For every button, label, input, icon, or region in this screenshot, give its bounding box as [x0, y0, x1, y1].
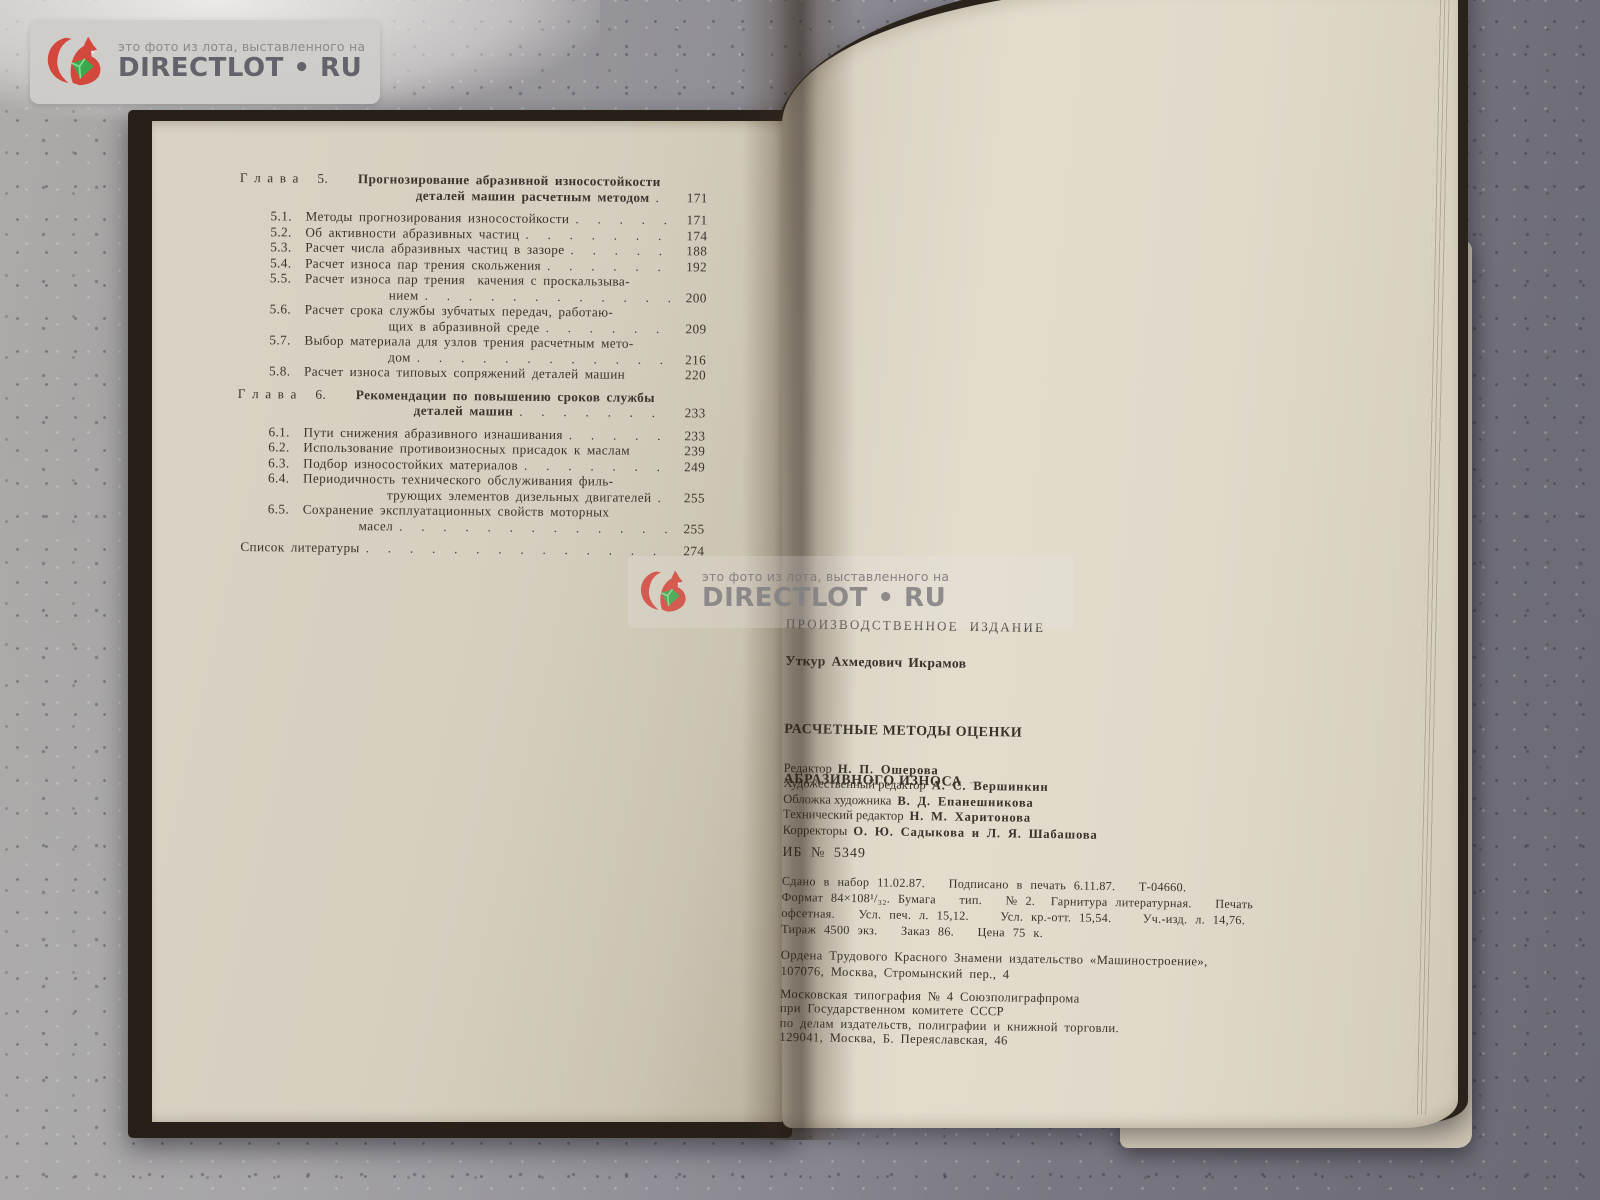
toc-entry-title: Расчет срока службы зубчатых передач, ра…	[305, 302, 614, 320]
dot-leader: . . . . . . . . . . . . . . . . . . . . …	[513, 404, 674, 421]
toc-entry-number: 5.1.	[270, 208, 305, 224]
dot-leader: . . . . . . . . . . . . . . . . . . . . …	[651, 489, 672, 505]
toc-page-number: 233	[674, 405, 706, 421]
toc-entry-number: 5.4.	[270, 255, 305, 271]
toc-row: деталей машин расчетным методом . . . . …	[240, 185, 708, 205]
toc-row: масел . . . . . . . . . . . . . . . . . …	[237, 516, 705, 536]
watermark-brand: DIRECTLOT • RU	[702, 584, 949, 614]
toc-page-number: 220	[674, 367, 706, 383]
toc-entry-title: деталей машин	[414, 403, 514, 419]
toc-entry-number: 6.3.	[268, 455, 303, 471]
toc-entry-number: 5.3.	[270, 239, 305, 255]
squirrel-logo-icon	[636, 564, 692, 620]
dot-leader: . . . . . . . . . . . . . . . . . . . . …	[540, 319, 675, 336]
toc-page-number: 255	[673, 521, 705, 537]
toc-entry-title: масел	[359, 518, 394, 534]
toc-page-number: 188	[675, 243, 707, 259]
toc-entry-number: 5.6.	[270, 301, 305, 317]
credit-person: А. С. Вершинкин	[932, 779, 1049, 795]
watermark-brand: DIRECTLOT • RU	[118, 54, 365, 84]
toc-entry-title: Периодичность технического обслуживания …	[303, 471, 614, 489]
toc-page-number: 209	[674, 321, 706, 337]
toc-entry-title: Выбор материала для узлов трения расчетн…	[304, 333, 634, 352]
watermark-note: это фото из лота, выставленного на	[118, 40, 365, 54]
credit-person: В. Д. Епанешникова	[897, 794, 1033, 810]
toc-entry-title: деталей машин расчетным методом	[416, 187, 650, 205]
toc-page-number: 255	[673, 490, 705, 506]
dot-leader: . . . . . . . . . . . . . . . . . . . . …	[541, 257, 675, 274]
toc-entry-title: нием	[389, 287, 419, 303]
toc-entry-title: Рекомендации по повышению сроков службы	[356, 387, 655, 405]
toc-page-number: 192	[675, 259, 707, 275]
toc-entry-title: дом	[388, 349, 411, 365]
toc-entry-number: Г л а в а 6.	[238, 385, 356, 402]
toc-entry-number: 5.7.	[269, 332, 304, 348]
squirrel-logo-icon	[42, 29, 108, 95]
toc-page-number: 174	[675, 228, 707, 244]
dot-leader: . . . . . . . . . . . . . . . . . . . . …	[563, 427, 674, 444]
toc-page-number: 216	[674, 352, 706, 368]
toc-entry-title: Сохранение эксплуатационных свойств мото…	[303, 502, 610, 520]
dot-leader: . . . . . . . . . . . . . . . . . . . . …	[519, 226, 675, 243]
toc-page-number: 249	[673, 459, 705, 475]
toc-entry-title: Расчет износа пар трения качения с проск…	[305, 271, 630, 290]
toc-entry-number: 5.8.	[269, 363, 304, 379]
toc-entry-title: Расчет износа типовых сопряжений деталей…	[304, 364, 625, 383]
toc-entry-number: 6.5.	[268, 501, 303, 517]
toc-entry-title: Список литературы	[240, 539, 360, 556]
toc-row: деталей машин . . . . . . . . . . . . . …	[238, 401, 706, 421]
table-of-contents: Г л а в а 5.Прогнозирование абразивной и…	[236, 170, 708, 559]
toc-page-number: 171	[675, 212, 707, 228]
toc-entry-title: Прогнозирование абразивной износостойкос…	[358, 171, 661, 189]
dot-leader: . . . . . . . . . . . . . . . . . . . . …	[569, 211, 675, 228]
page-stack-edge	[1414, 0, 1452, 1115]
toc-entry-number: 5.2.	[270, 224, 305, 240]
dot-leader: . . . . . . . . . . . . . . . . . . . . …	[650, 189, 676, 205]
toc-entry-number: Г л а в а 5.	[240, 170, 358, 187]
dot-leader: . . . . . . . . . . . . . . . . . . . . …	[564, 242, 675, 259]
dot-leader: . . . . . . . . . . . . . . . . . . . . …	[393, 518, 673, 536]
toc-page-number: 233	[673, 428, 705, 444]
credit-person: Н. М. Харитонова	[909, 809, 1031, 825]
toc-entry-title: щих в абразивной среде	[388, 318, 539, 335]
toc-page-number: 200	[675, 290, 707, 306]
toc-entry-number: 6.4.	[268, 470, 303, 486]
toc-entry-number: 5.5.	[270, 270, 305, 286]
dot-leader: . . . . . . . . . . . . . . . . . . . . …	[518, 457, 673, 474]
dot-leader: . . . . . . . . . . . . . . . . . . . . …	[360, 540, 673, 559]
toc-page-number: 239	[673, 443, 705, 459]
credit-person: О. Ю. Садыкова и Л. Я. Шабашова	[853, 824, 1097, 842]
toc-page-number: 171	[676, 190, 708, 206]
toc-entry-number: 6.2.	[268, 439, 303, 455]
watermark-note: это фото из лота, выставленного на	[702, 570, 949, 584]
toc-entry-number: 6.1.	[268, 424, 303, 440]
